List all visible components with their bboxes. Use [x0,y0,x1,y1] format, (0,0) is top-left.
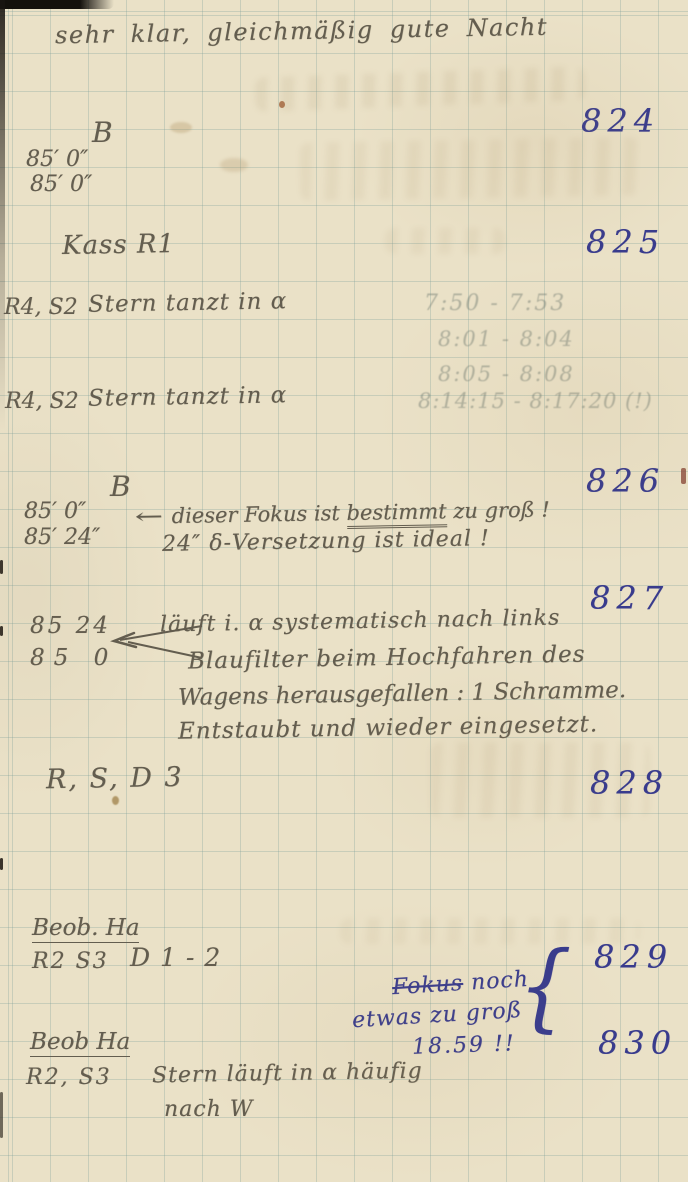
entry-825-time-3: 8:05 - 8:08 [438,363,575,386]
binding-stitch [0,626,3,636]
entry-829-observer: Beob. Ha [32,916,139,943]
entry-830-text2: nach W [164,1098,253,1122]
logbook-page: sehr klar, gleichmäßig gute Nacht B 824 … [0,0,688,1182]
page-edge-mark [681,468,686,484]
entry-824-focus-2: 85′ 0″ [30,173,92,197]
entry-826-note2: 24″ δ-Versetzung ist ideal ! [162,527,490,557]
smudge [112,796,119,805]
entry-828-label: R, S, D 3 [46,763,184,795]
entry-825-obs1-code: R4, S2 [4,296,78,320]
margin-note-line3: 18.59 !! [412,1032,516,1060]
smudge [170,122,192,133]
binding-stitch [0,560,3,574]
entry-824-number: 824 [581,104,660,139]
binding-stitch [0,1092,3,1138]
sky-condition-note: sehr klar, gleichmäßig gute Nacht [55,14,548,49]
entry-827-note1: läuft i. α systematisch nach links [160,607,561,638]
smudge [220,158,248,172]
margin-note-line1: Fokus noch [391,968,529,1001]
entry-830-code: R2, S3 [26,1066,112,1090]
entry-829-number: 829 [594,940,673,975]
entry-825-obs1-time: 7:50 - 7:53 [424,292,566,316]
grouping-brace: { [517,937,572,1035]
entry-827-number: 827 [590,581,669,616]
entry-825-number: 825 [586,225,665,260]
entry-824-focus-1: 85′ 0″ [26,148,88,172]
entry-829-plates: D 1 - 2 [130,944,221,972]
entry-830-number: 830 [598,1026,677,1061]
binding-stitch [0,858,3,870]
entry-830-text1: Stern läuft in α häufig [152,1060,423,1089]
entry-826-label: B [110,472,131,503]
entry-824-label: B [92,118,113,149]
bleedthrough-ghost [300,137,641,201]
entry-827-note2: Blaufilter beim Hochfahren des [188,643,586,675]
left-arrow-icon: ← [135,505,164,529]
bleedthrough-ghost [255,66,586,111]
entry-830-observer: Beob Ha [30,1030,130,1057]
margin-note-struck-word: Fokus [391,971,464,1000]
entry-826-focus-2: 85′ 24″ [24,526,100,550]
entry-826-note1: dieser Fokus ist bestimmt zu groß ! [171,497,550,529]
entry-828-number: 828 [590,766,669,801]
entry-825-label: Kass R1 [62,230,175,261]
entry-825-obs2-code: R4, S2 [5,390,79,414]
entry-827-note4: Entstaubt und wieder eingesetzt. [178,712,598,745]
entry-825-obs2-time: 8:14:15 - 8:17:20 (!) [418,390,653,413]
entry-825-obs1-text: Stern tanzt in α [88,289,288,318]
entry-825-obs2-text: Stern tanzt in α [88,383,288,412]
entry-826-number: 826 [586,464,665,499]
scan-edge-top [0,0,114,9]
ink-speck [279,101,285,108]
margin-note-line2: etwas zu groß [351,999,523,1034]
entry-826-focus-1: 85′ 0″ [24,500,86,524]
bleedthrough-ghost [385,228,505,254]
entry-827-note3: Wagens herausgefallen : 1 Schramme. [178,678,626,711]
binding-edge [0,0,5,430]
entry-829-code: R2 S3 [32,950,109,974]
entry-826-note1-emphasis: bestimmt [346,499,447,529]
entry-825-time-2: 8:01 - 8:04 [438,328,575,351]
